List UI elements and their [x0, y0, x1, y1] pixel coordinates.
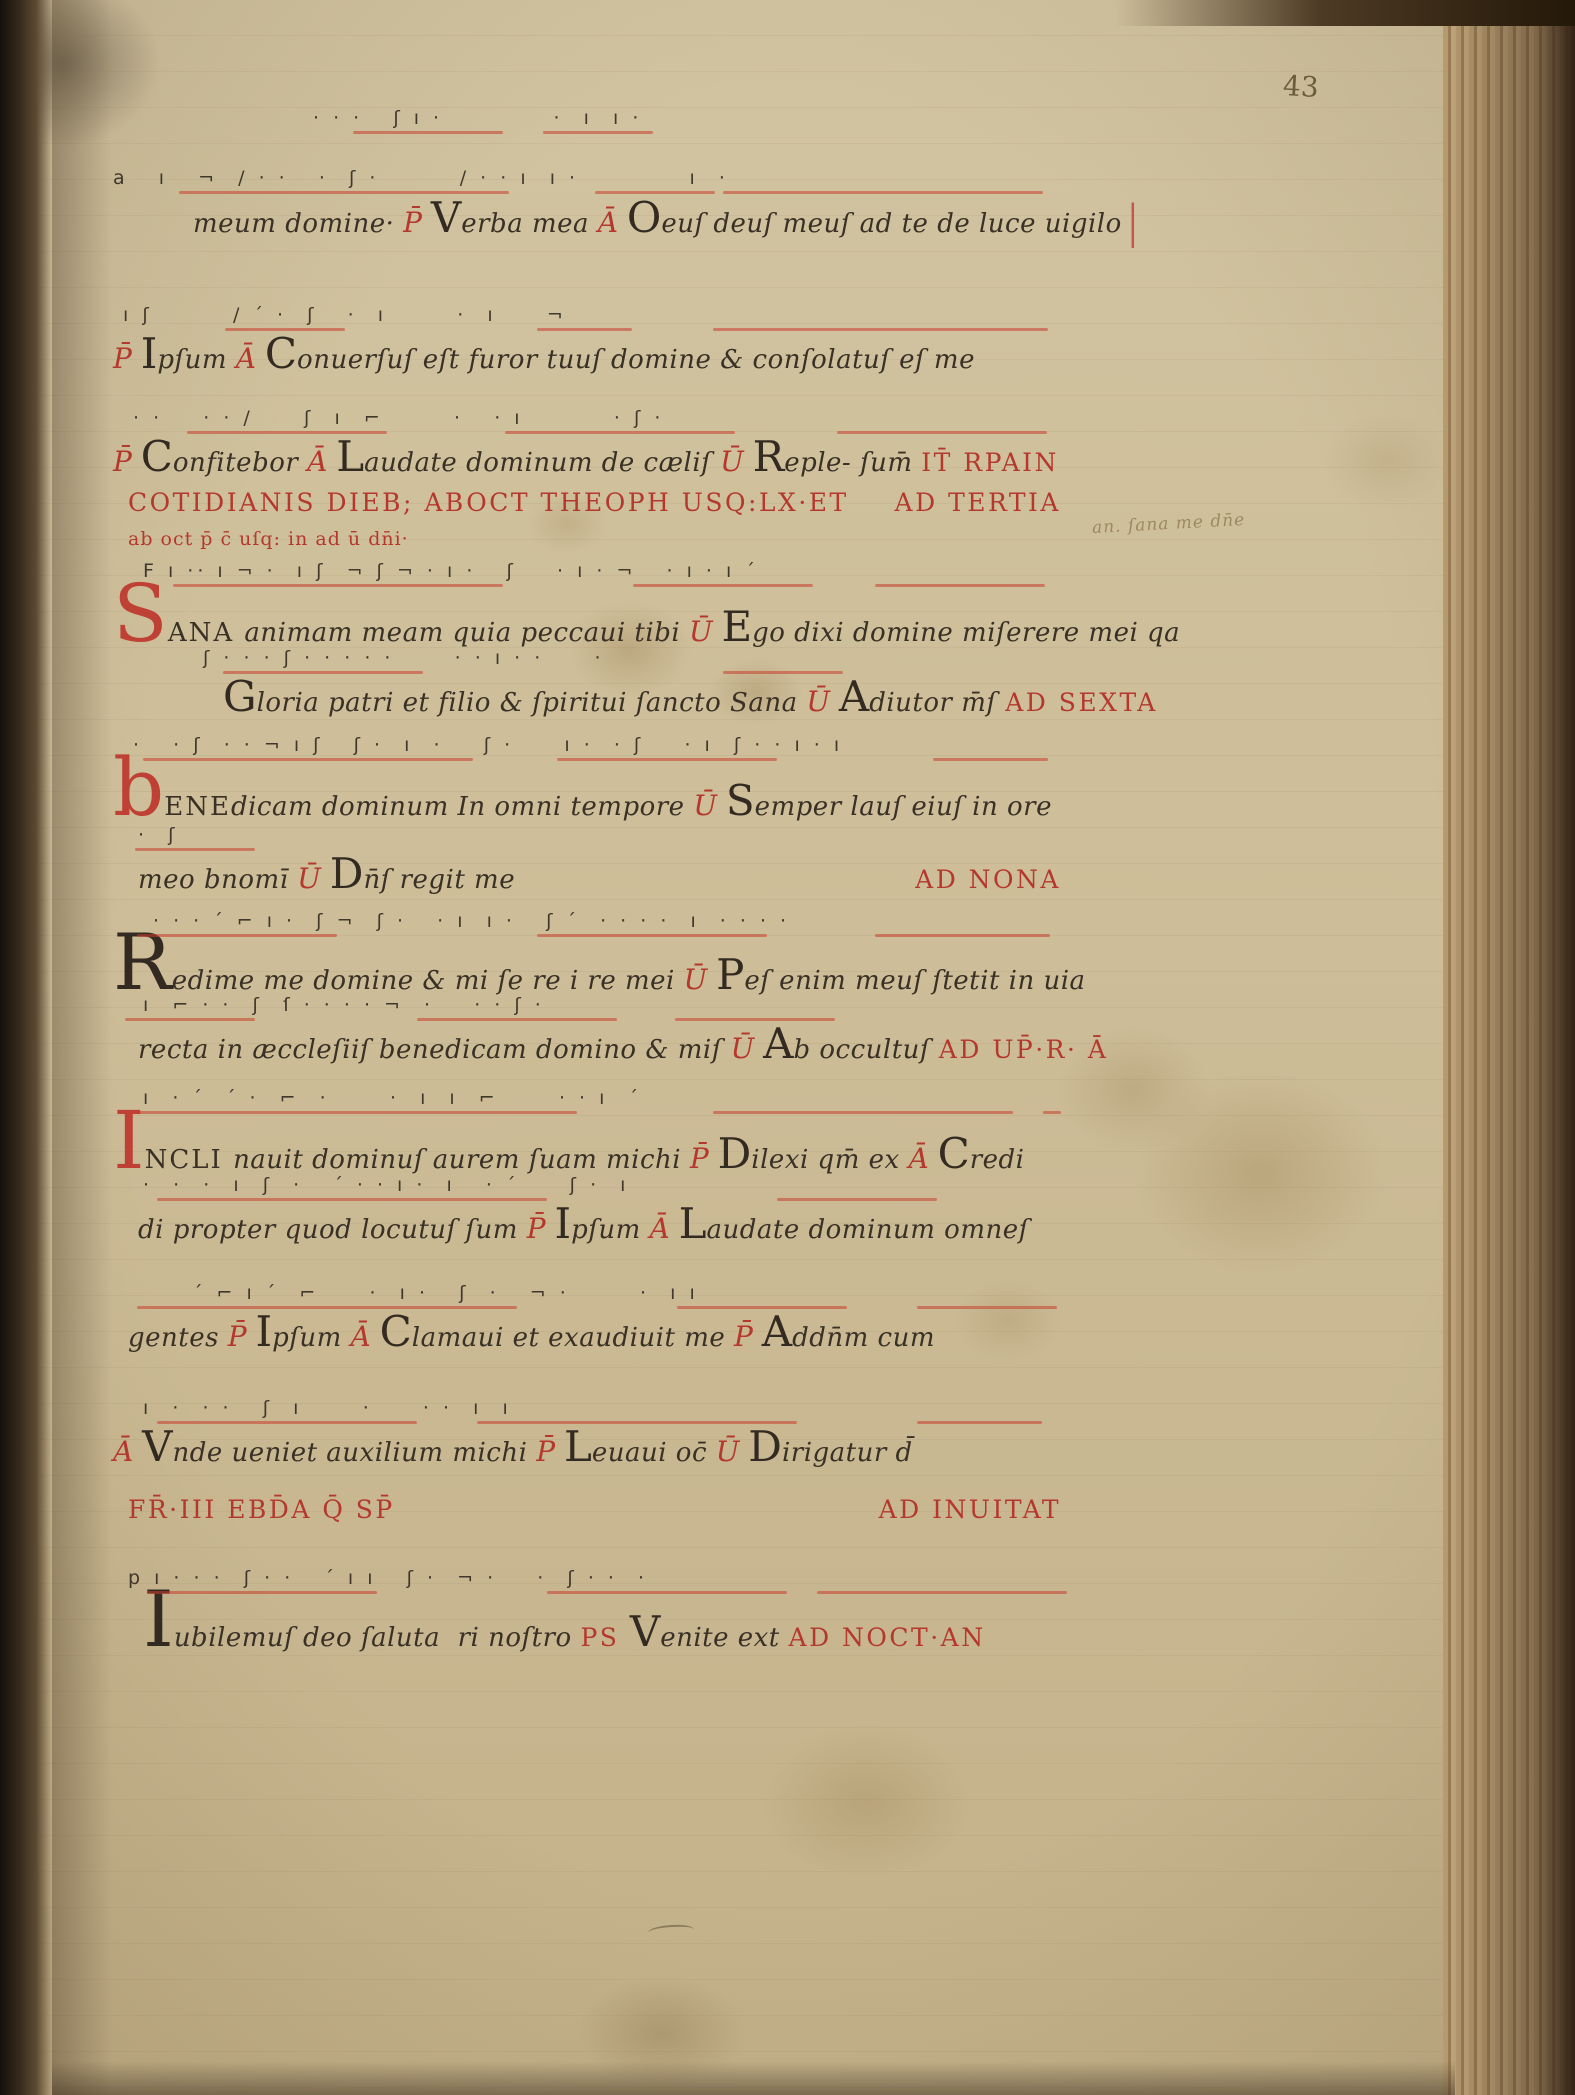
text-row: COTIDIANIS DIEB; ABOCT THEOPH USQ:LX·ETA… — [113, 488, 1061, 517]
book-spine-binding — [0, 0, 52, 2095]
book-cover-top-edge — [1115, 0, 1575, 26]
text-segment: P̄ — [536, 1435, 564, 1468]
neume-glyphs: · · · ʃ ı · · ı ı · — [313, 107, 642, 129]
text-segment: n̄ſ regit me — [363, 865, 515, 895]
red-ruling-line — [137, 934, 337, 937]
neume-row: ʃ · · · ʃ · · · · · · · ı · · · — [113, 635, 1061, 685]
red-ruling-line — [417, 1018, 617, 1021]
red-ruling-line — [917, 1306, 1057, 1309]
text-row: recta in æccleſiiſ benedicam domino & mi… — [113, 1032, 1061, 1065]
red-ruling-line — [723, 191, 1043, 194]
chant-line: ı · ´ ´ · ⌐ · · ı ı ⌐ · · ı ´INCLI nauit… — [113, 1075, 1061, 1175]
text-segment: onuerſuſ eſt furor tuuſ domine & conſola… — [297, 345, 975, 375]
red-ruling-line — [537, 328, 632, 331]
text-segment: enite ext — [660, 1623, 788, 1653]
text-segment: A — [763, 1033, 793, 1054]
text-segment: D — [718, 1143, 752, 1164]
chant-line: F ı ·· ı ¬ · ı ʃ ¬ ʃ ¬ · ı · ʃ · ı · ¬ ·… — [113, 548, 1061, 648]
neume-row: · · · ´ ⌐ ı · ʃ ¬ ʃ · · ı ı · ʃ ´ · · · … — [113, 898, 1061, 948]
neume-glyphs: F ı ·· ı ¬ · ı ʃ ¬ ʃ ¬ · ı · ʃ · ı · ¬ ·… — [143, 560, 759, 582]
text-segment: nde ueniet auxilium michi — [172, 1438, 536, 1468]
red-ruling-line — [543, 131, 653, 134]
text-segment: I — [113, 1125, 145, 1157]
text-segment: P̄ — [228, 1320, 256, 1353]
neume-row: · · · ı ʃ · ´ · · ı · ı · ´ ʃ · ı — [113, 1162, 1061, 1212]
red-ruling-line — [157, 1198, 547, 1201]
neume-glyphs: ı · ´ ´ · ⌐ · · ı ı ⌐ · · ı ´ — [143, 1087, 642, 1109]
red-ruling-line — [713, 1111, 1013, 1114]
chant-line: · · · ʃ ı · · ı ı · — [113, 95, 1061, 145]
text-segment: euaui oc̄ — [592, 1438, 716, 1468]
red-ruling-line — [537, 934, 767, 937]
red-ruling-line — [557, 758, 777, 761]
red-ruling-line — [777, 1198, 937, 1201]
text-row: Gloria patri et filio & ſpiritui ſancto … — [113, 685, 1061, 718]
text-row: P̄ Ipſum Ā Conuerſuſ eſt furor tuuſ domi… — [113, 342, 1061, 375]
text-segment: V — [630, 1621, 660, 1642]
text-segment: pſum — [157, 345, 235, 375]
text-segment: R — [753, 446, 785, 467]
red-ruling-line — [225, 328, 345, 331]
chant-line: ı ⌐ · · ʃ ſ · · · · ¬ · · · ʃ ·recta in … — [113, 982, 1061, 1065]
text-segment: O — [627, 207, 661, 228]
text-segment: audate dominum de cæliſ — [364, 448, 720, 478]
text-segment: P̄ — [113, 342, 141, 375]
red-ruling-line — [633, 584, 813, 587]
text-segment: | — [1128, 196, 1138, 249]
text-segment: V — [431, 207, 461, 228]
red-ruling-line — [723, 671, 843, 674]
red-ruling-line — [817, 1591, 1067, 1594]
text-segment: P̄ — [734, 1320, 762, 1353]
manuscript-page-photo: 43 an. ſana me dn̄e · · · ʃ ı · · ı ı ·a… — [0, 0, 1575, 2095]
text-segment: S — [113, 598, 168, 630]
text-segment: IT̄ RPAIN — [921, 448, 1059, 477]
text-row: Iubilemuſ deo ſaluta ri noſtro PS Venite… — [113, 1605, 1061, 1653]
text-segment: G — [223, 686, 257, 707]
chant-line: ´ ⌐ ı ´ ⌐ · ı · ʃ · ¬ · · ı ıgentes P̄ I… — [113, 1270, 1061, 1353]
neume-glyphs: ı ʃ / ´ · ʃ · ı · ı ¬ — [123, 304, 567, 326]
red-ruling-line — [917, 1421, 1042, 1424]
text-segment: AD SEXTA — [1005, 688, 1158, 717]
red-ruling-line — [173, 584, 503, 587]
neume-glyphs: ʃ · · · ʃ · · · · · · · ı · · · — [203, 647, 605, 669]
text-segment: C — [141, 446, 173, 467]
chant-line: COTIDIANIS DIEB; ABOCT THEOPH USQ:LX·ETA… — [113, 488, 1061, 517]
text-segment: AD NONA — [915, 865, 1061, 894]
text-segment: Ā — [113, 1435, 142, 1468]
neume-glyphs: · · · · / ʃ ı ⌐ · · ı · ʃ · — [133, 407, 664, 429]
text-segment: L — [336, 446, 364, 467]
text-segment: loria patri et filio & ſpiritui ſancto S… — [257, 688, 807, 718]
text-row: Ā Vnde ueniet auxilium michi P̄ Leuaui o… — [113, 1435, 1061, 1468]
chant-line: ı ʃ / ´ · ʃ · ı · ı ¬P̄ Ipſum Ā Conuerſu… — [113, 292, 1061, 375]
text-row: FR̄·III EBD̄A Q̄ SP̄AD INUITAT — [113, 1495, 1061, 1524]
neume-row: ı · · · ʃ ı · · · ı ı — [113, 1385, 1061, 1435]
red-ruling-line — [477, 1421, 797, 1424]
red-ruling-line — [1043, 1111, 1061, 1114]
neume-row: ı ʃ / ´ · ʃ · ı · ı ¬ — [113, 292, 1061, 342]
chant-line: FR̄·III EBD̄A Q̄ SP̄AD INUITAT — [113, 1495, 1061, 1524]
chant-line: ab oct p̄ c̄ uſq: in ad ū dn̄i· — [113, 528, 1061, 550]
text-segment: P̄ — [527, 1212, 555, 1245]
red-ruling-line — [677, 1306, 847, 1309]
text-segment: FR̄·III EBD̄A Q̄ SP̄ — [128, 1495, 395, 1524]
red-ruling-line — [547, 1591, 787, 1594]
text-segment: pſum — [272, 1323, 350, 1353]
neume-row: F ı ·· ı ¬ · ı ʃ ¬ ʃ ¬ · ı · ʃ · ı · ¬ ·… — [113, 548, 1061, 598]
red-ruling-line — [595, 191, 715, 194]
neume-glyphs: · · · ı ʃ · ´ · · ı · ı · ´ ʃ · ı — [143, 1174, 629, 1196]
text-segment: erba mea — [461, 209, 598, 239]
red-ruling-line — [125, 1018, 255, 1021]
text-segment: I — [143, 1605, 174, 1636]
neume-glyphs: p ı · · · ʃ · · ´ ı ı ʃ · ¬ · · ʃ · · · — [128, 1567, 648, 1589]
text-segment: A — [839, 686, 869, 707]
text-row: meo bnomī Ū Dn̄ſ regit meAD NONA — [113, 862, 1061, 895]
neume-glyphs: ı · · · ʃ ı · · · ı ı — [143, 1397, 512, 1419]
red-ruling-line — [143, 758, 473, 761]
red-ruling-line — [353, 131, 503, 134]
text-segment: S — [726, 790, 755, 811]
text-segment: V — [142, 1436, 172, 1457]
text-segment: L — [679, 1213, 707, 1234]
neume-glyphs: · ʃ — [138, 824, 179, 846]
text-segment: irigatur d̄ — [782, 1438, 913, 1468]
text-segment: pſum — [571, 1215, 649, 1245]
red-ruling-line — [505, 431, 735, 434]
text-segment: diutor m̄ſ — [869, 688, 1005, 718]
chant-line: a ı ¬ / · · · ʃ · / · · ı ı · ı ·meum do… — [113, 155, 1061, 240]
text-segment: Ā — [307, 445, 336, 478]
text-segment: AD TERTIA — [895, 488, 1061, 517]
text-row: gentes P̄ Ipſum Ā Clamaui et exaudiuit m… — [113, 1320, 1061, 1353]
red-ruling-line — [179, 191, 509, 194]
text-segment: AD UP̄·R· Ā — [939, 1035, 1109, 1064]
text-segment: audate dominum omneſ — [707, 1215, 1029, 1245]
text-segment: C — [380, 1321, 412, 1342]
text-segment: Ā — [351, 1320, 380, 1353]
text-segment: meo bnomī — [138, 865, 297, 895]
red-ruling-line — [933, 758, 1048, 761]
text-row: ab oct p̄ c̄ uſq: in ad ū dn̄i· — [113, 528, 1061, 550]
text-segment: I — [141, 343, 158, 364]
text-segment: lamaui et exaudiuit me — [412, 1323, 734, 1353]
chant-line: · · · ı ʃ · ´ · · ı · ı · ´ ʃ · ıdi prop… — [113, 1162, 1061, 1245]
text-segment: P̄ — [113, 445, 141, 478]
text-segment: Ū — [716, 1435, 749, 1468]
text-segment: E — [721, 616, 752, 637]
text-segment: L — [564, 1436, 592, 1457]
text-segment: Ā — [598, 206, 627, 239]
red-ruling-line — [675, 1018, 835, 1021]
text-segment: meum domine· — [193, 209, 403, 239]
neume-row: a ı ¬ / · · · ʃ · / · · ı ı · ı · — [113, 155, 1061, 205]
text-segment: P̄ — [403, 206, 431, 239]
text-segment: Ū — [806, 685, 839, 718]
red-ruling-line — [837, 431, 1047, 434]
text-segment: R — [113, 948, 172, 979]
text-segment: ubilemuſ deo ſaluta ri noſtro — [174, 1623, 581, 1653]
text-segment: AD NOCT·AN — [789, 1623, 986, 1652]
text-segment: ab oct p̄ c̄ uſq: in ad ū dn̄i· — [128, 528, 409, 550]
text-segment: PS — [580, 1623, 629, 1652]
neume-row: · ʃ — [113, 812, 1061, 862]
text-segment: b occultuſ — [793, 1035, 938, 1065]
text-row: meum domine· P̄ Verba mea Ā Oeuſ deuſ me… — [113, 205, 1061, 240]
red-ruling-line — [137, 1306, 517, 1309]
text-segment: Ā — [236, 342, 265, 375]
red-ruling-line — [135, 848, 255, 851]
text-segment: Ā — [650, 1212, 679, 1245]
text-segment: A — [762, 1321, 792, 1342]
text-segment: recta in æccleſiiſ benedicam domino & mi… — [138, 1035, 731, 1065]
red-ruling-line — [875, 934, 1050, 937]
chant-line: ı · · · ʃ ı · · · ı ıĀ Vnde ueniet auxil… — [113, 1385, 1061, 1468]
neume-row: ı · ´ ´ · ⌐ · · ı ı ⌐ · · ı ´ — [113, 1075, 1061, 1125]
red-ruling-line — [223, 671, 423, 674]
neume-glyphs: · · ʃ · · ¬ ı ʃ ʃ · ı · ʃ · ı · · ʃ · ı … — [133, 734, 843, 756]
red-ruling-line — [147, 1591, 377, 1594]
neume-row: · · · · / ʃ ı ⌐ · · ı · ʃ · — [113, 395, 1061, 445]
text-segment: I — [554, 1213, 571, 1234]
page-stack-fore-edge — [1443, 0, 1575, 2095]
red-ruling-line — [157, 1421, 417, 1424]
chant-line: · · ʃ · · ¬ ı ʃ ʃ · ı · ʃ · ı · · ʃ · ı … — [113, 722, 1061, 822]
red-ruling-line — [875, 584, 1045, 587]
chant-line: · · · · / ʃ ı ⌐ · · ı · ʃ ·P̄ Confitebor… — [113, 395, 1061, 478]
text-segment: b — [113, 772, 164, 804]
red-ruling-line — [187, 431, 387, 434]
text-segment: di propter quod locutuſ ſum — [138, 1215, 527, 1245]
text-segment: C — [938, 1143, 970, 1164]
neume-glyphs: a ı ¬ / · · · ʃ · / · · ı ı · ı · — [113, 167, 729, 189]
text-segment: Ū — [720, 445, 753, 478]
chant-line: ʃ · · · ʃ · · · · · · · ı · · ·Gloria pa… — [113, 635, 1061, 718]
text-segment: C — [265, 343, 297, 364]
text-segment: onfitebor — [173, 448, 307, 478]
red-ruling-line — [713, 328, 1048, 331]
chant-line: · ʃmeo bnomī Ū Dn̄ſ regit meAD NONA — [113, 812, 1061, 895]
neume-row: ı ⌐ · · ʃ ſ · · · · ¬ · · · ʃ · — [113, 982, 1061, 1032]
text-segment: AD INUITAT — [879, 1495, 1061, 1524]
text-segment: gentes — [128, 1323, 228, 1353]
neume-row: p ı · · · ʃ · · ´ ı ı ʃ · ¬ · · ʃ · · · — [113, 1555, 1061, 1605]
neume-row: · · · ʃ ı · · ı ı · — [113, 95, 1061, 145]
red-ruling-line — [137, 1111, 577, 1114]
folio-number: 43 — [1282, 69, 1319, 104]
page-bottom-shadow — [52, 2061, 1455, 2095]
gutter-shadow — [52, 0, 112, 2095]
text-segment: D — [748, 1436, 782, 1457]
text-row: di propter quod locutuſ ſum P̄ Ipſum Ā L… — [113, 1212, 1061, 1245]
neume-glyphs: ´ ⌐ ı ´ ⌐ · ı · ʃ · ¬ · · ı ı — [193, 1282, 699, 1304]
text-segment: COTIDIANIS DIEB; ABOCT THEOPH USQ:LX·ET — [128, 488, 849, 517]
text-segment: ddn̄m cum — [792, 1323, 935, 1353]
text-segment: I — [255, 1321, 272, 1342]
text-segment: euſ deuſ meuſ ad te de luce uigilo — [661, 209, 1121, 239]
neume-row: · · ʃ · · ¬ ı ʃ ʃ · ı · ʃ · ı · · ʃ · ı … — [113, 722, 1061, 772]
text-segment: Ū — [731, 1032, 764, 1065]
neume-glyphs: ı ⌐ · · ʃ ſ · · · · ¬ · · · ʃ · — [143, 994, 545, 1016]
neume-glyphs: · · · ´ ⌐ ı · ʃ ¬ ʃ · · ı ı · ʃ ´ · · · … — [153, 910, 790, 932]
chant-line: p ı · · · ʃ · · ´ ı ı ʃ · ¬ · · ʃ · · ·I… — [113, 1555, 1061, 1653]
text-segment: Ū — [297, 862, 330, 895]
text-row: P̄ Confitebor Ā Laudate dominum de cæliſ… — [113, 445, 1061, 478]
text-segment: eple- ſum̄ — [784, 448, 921, 478]
neume-row: ´ ⌐ ı ´ ⌐ · ı · ʃ · ¬ · · ı ı — [113, 1270, 1061, 1320]
text-segment: D — [330, 863, 364, 884]
